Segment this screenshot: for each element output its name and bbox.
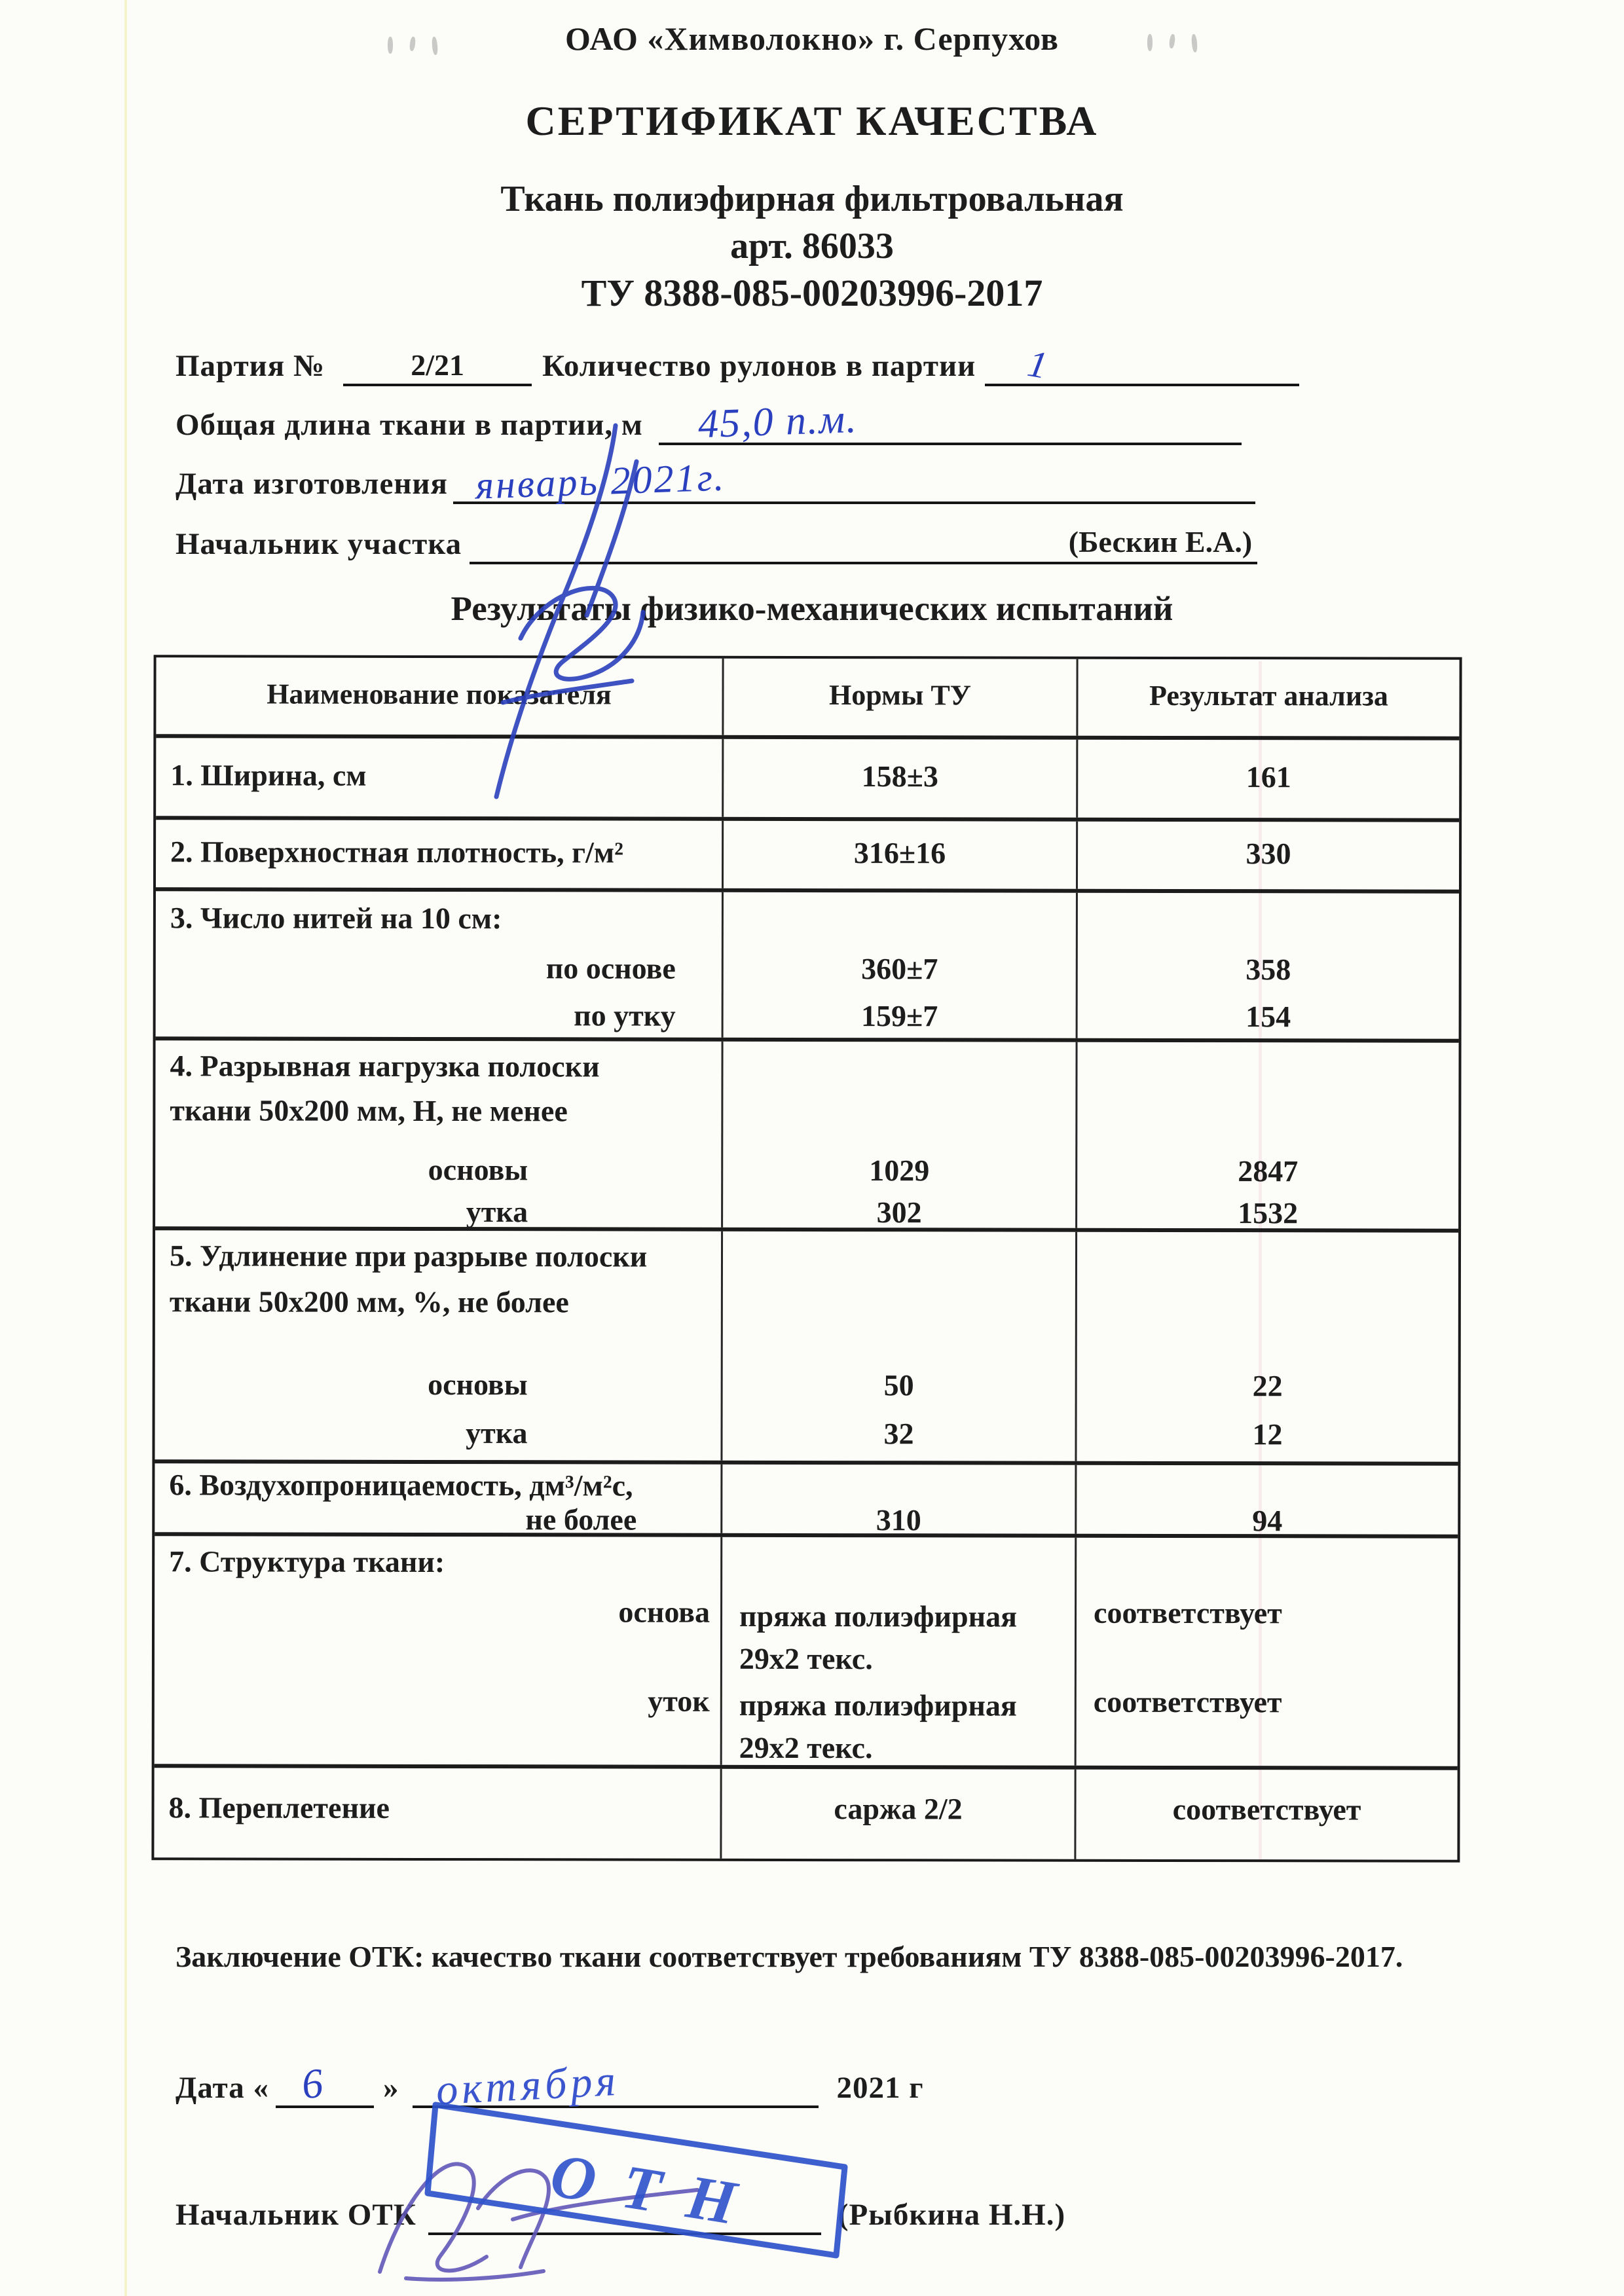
row4-sub2-result: 1532 [1077,1195,1458,1233]
row7-sub1-name: основа [155,1590,720,1680]
batch-label: Партия № [175,346,325,386]
row3-sub1-result: 358 [1078,948,1459,996]
date-day-field: 6 [276,2068,374,2108]
table-row: 2. Поверхностная плотность, г/м² 316±16 … [156,820,1459,893]
row6-sub-name: не более [155,1501,720,1537]
table-row: 5. Удлинение при разрыве полоски ткани 5… [155,1230,1458,1465]
row5-sub1-norm: 50 [723,1340,1075,1414]
certificate-title: СЕРТИФИКАТ КАЧЕСТВА [0,97,1624,145]
row7-sub2-result: соответствует [1077,1681,1458,1770]
row7-sub1-norm: пряжа полиэфирная 29х2 текс. [722,1591,1075,1681]
row2-norm: 316±16 [724,821,1076,893]
article-number: арт. 86033 [0,225,1624,267]
date-close-quote: » [383,2068,399,2108]
product-name: Ткань полиэфирная фильтровальная [0,178,1624,220]
otn-stamp: ОТН [416,2069,894,2295]
batch-field: 2/21 [343,346,532,386]
certificate-scan-page: ОАО «Химволокно» г. Серпухов СЕРТИФИКАТ … [0,0,1624,2296]
chief-signature [406,416,720,802]
row4-sub1-name: основы [155,1146,721,1195]
row3-sub1-norm: 360±7 [724,947,1076,995]
col-header-result: Результат анализа [1078,659,1459,713]
row8-name: 8. Переплетение [154,1768,720,1859]
rolls-value-handwritten: 1 [1025,341,1051,388]
length-value-handwritten: 45,0 п.м. [697,396,858,448]
row8-result: соответствует [1076,1770,1457,1860]
date-prefix: Дата « [175,2068,269,2108]
row5-sub2-name: утка [155,1412,720,1465]
row4-title2: ткани 50х200 мм, Н, не менее [155,1091,721,1148]
table-header-row: Наименование показателя Нормы ТУ Результ… [156,657,1459,740]
row5-title2: ткани 50х200 мм, %, не более [155,1283,721,1340]
rolls-label: Количество рулонов в партии [542,346,976,386]
row6-sub-result: 94 [1077,1503,1458,1539]
row7-sub2-norm: пряжа полиэфирная 29х2 текс. [722,1680,1075,1770]
row7-sub2-name: уток [155,1679,720,1769]
batch-value: 2/21 [343,346,532,385]
row5-sub2-norm: 32 [722,1413,1075,1465]
row4-title1: 4. Разрывная нагрузка полоски [155,1040,721,1093]
table-row: 3. Число нитей на 10 см: по основе по ут… [156,891,1459,1042]
table-row: 1. Ширина, см 158±3 161 [156,738,1459,822]
row8-norm: саржа 2/2 [722,1769,1074,1859]
row5-title1: 5. Удлинение при разрыве полоски [155,1230,721,1284]
batch-line: Партия № 2/21 Количество рулонов в парти… [175,346,1299,386]
otk-conclusion: Заключение ОТК: качество ткани соответст… [175,1939,1403,1974]
row2-name: 2. Поверхностная плотность, г/м² [156,820,722,892]
table-row: 6. Воздухопроницаемость, дм³/м²с, не бол… [155,1463,1458,1538]
table-row: 4. Разрывная нагрузка полоски ткани 50х2… [155,1040,1459,1232]
row1-result: 161 [1078,740,1459,822]
row3-sub2-norm: 159±7 [724,994,1076,1042]
row3-sub2-result: 154 [1078,995,1459,1043]
row2-result: 330 [1078,822,1459,894]
row7-title: 7. Структура ткани: [155,1536,720,1591]
row7-sub1-result: соответствует [1077,1592,1458,1681]
results-section-title: Результаты физико-механических испытаний [0,589,1624,629]
results-table: Наименование показателя Нормы ТУ Результ… [151,655,1462,1862]
table-row: 8. Переплетение саржа 2/2 соответствует [154,1768,1457,1859]
row4-sub1-result: 2847 [1077,1148,1458,1196]
row5-sub1-result: 22 [1077,1341,1458,1415]
row3-sub2-name: по утку [156,993,722,1042]
row3-title: 3. Число нитей на 10 см: [156,891,722,947]
row6-title: 6. Воздухопроницаемость, дм³/м²с, [155,1463,720,1503]
row4-sub2-name: утка [155,1194,721,1231]
chief-name: (Бескин Е.А.) [1069,524,1252,560]
tu-standard: ТУ 8388-085-00203996-2017 [0,271,1624,315]
length-field: 45,0 п.м. [659,405,1242,445]
row5-sub2-result: 12 [1077,1414,1458,1466]
row6-sub-norm: 310 [722,1503,1075,1538]
row4-sub1-norm: 1029 [723,1148,1075,1195]
row4-sub2-norm: 302 [723,1195,1075,1232]
row3-sub1-name: по основе [156,946,722,994]
org-name: ОАО «Химволокно» г. Серпухов [0,20,1624,58]
row1-norm: 158±3 [724,739,1076,822]
row5-sub1-name: основы [155,1339,721,1413]
col-header-norm: Нормы ТУ [724,659,1076,712]
date-day-handwritten: 6 [299,2059,325,2109]
table-row: 7. Структура ткани: основа уток пряжа по… [155,1536,1458,1770]
rolls-field: 1 [985,346,1299,386]
scanner-streak-yellow [124,0,127,2296]
